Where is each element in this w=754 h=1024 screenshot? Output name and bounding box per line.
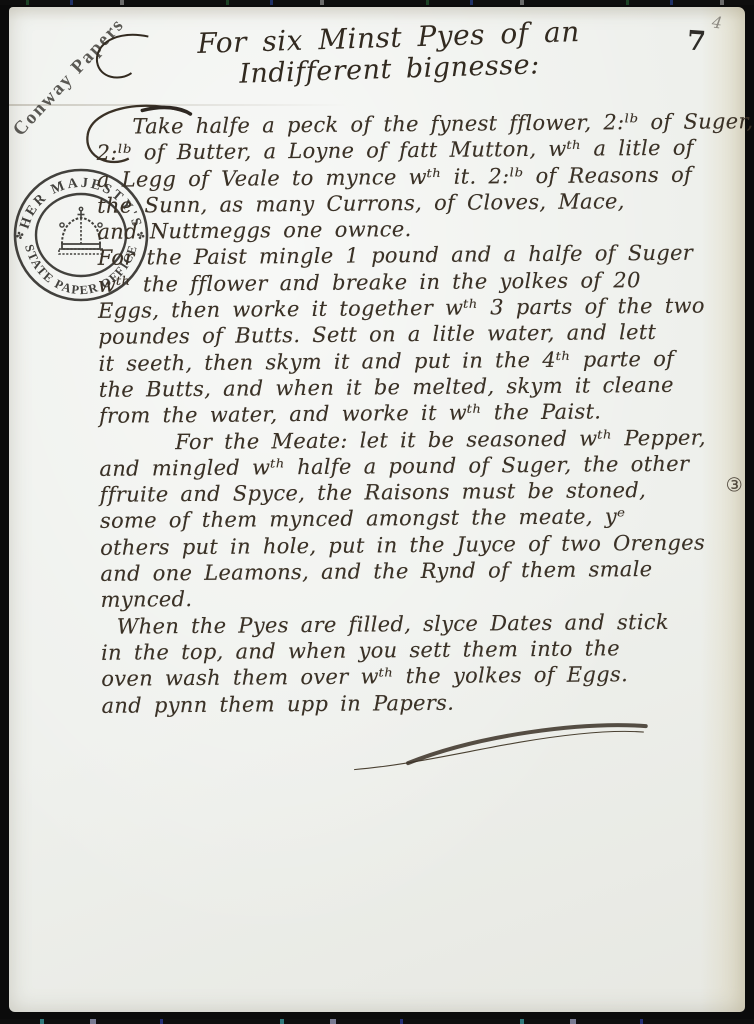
folio-number-ink: 7 [686,25,707,57]
title-flourish-icon [86,26,158,88]
folio-number-pencil: 4 [711,12,724,32]
margin-mark: ③ [726,472,743,498]
manuscript-page: 4 7 Conway Papers HER MAJESTY'S STATE PA… [9,7,745,1012]
scan-artifact-top [0,0,754,5]
photo-background: 4 7 Conway Papers HER MAJESTY'S STATE PA… [0,0,754,1024]
closing-flourish-icon [348,715,658,776]
paragraph-paste: For the Paist mingle 1 pound and a halfe… [98,240,748,430]
scan-artifact-bottom [0,1019,754,1024]
opening-flourish-icon [80,103,197,170]
recipe-title: For six Minst Pyes of an Indifferent big… [148,13,630,93]
manuscript-line: and pynn them upp in Papers. [101,687,749,719]
paragraph-finishing: When the Pyes are filled, slyce Dates an… [101,608,750,719]
manuscript-body: Take halfe a peck of the fynest fflower,… [96,108,749,718]
paragraph-meat: For the Meate: let it be seasoned wᵗʰ Pe… [99,424,749,614]
